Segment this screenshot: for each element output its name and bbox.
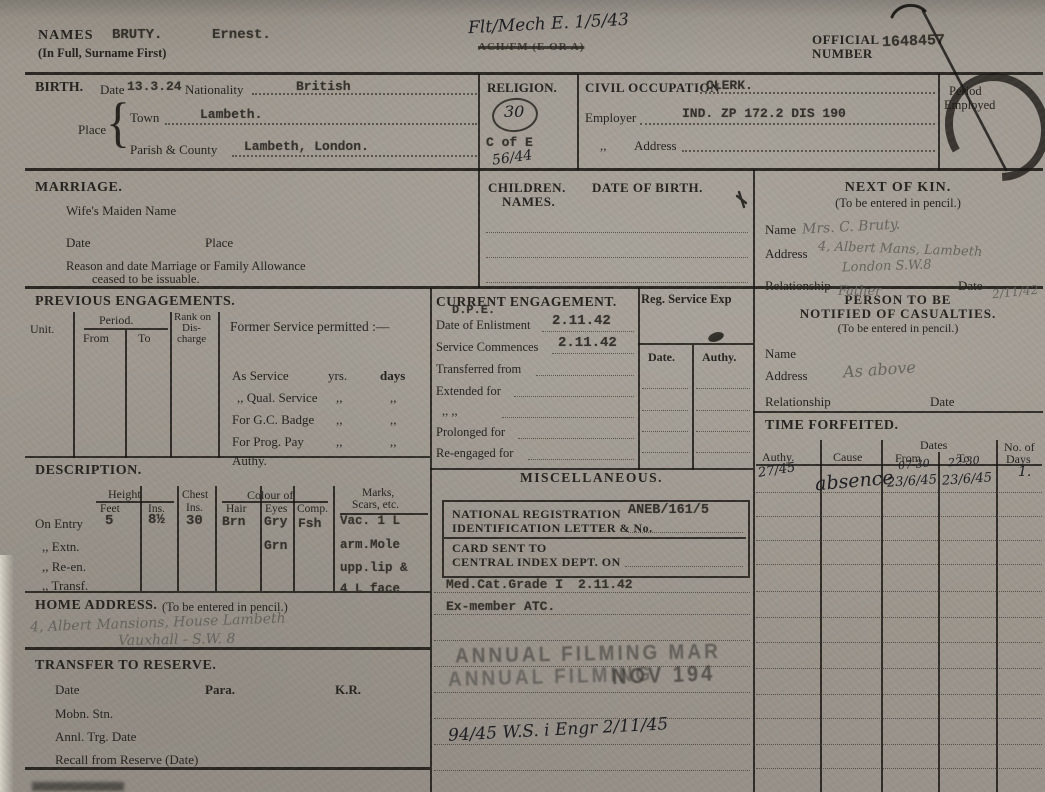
nok-address-label: Address (765, 246, 808, 262)
rule-h (84, 328, 168, 330)
rule-v (938, 452, 940, 792)
dotted-line (514, 396, 634, 397)
marriage-place-label: Place (205, 235, 233, 251)
prog-pay-label: For Prog. Pay (232, 434, 304, 450)
home-address-title: HOME ADDRESS. (35, 598, 157, 614)
nationality-label: Nationality (185, 82, 244, 98)
period-employed-label2: Employed (944, 98, 995, 113)
home-address-line2: Vauxhall - S.W. 8 (118, 631, 236, 649)
rule-h (25, 72, 1043, 75)
address-label: Address (634, 138, 677, 154)
tf-to-date: 23/6/45 (942, 470, 993, 488)
cas-address-label: Address (765, 368, 808, 384)
ditto-mark: ,, (600, 138, 607, 154)
gc-badge-label: For G.C. Badge (232, 412, 314, 428)
dotted-line (628, 532, 743, 533)
ex-member-value: Ex-member ATC. (446, 599, 555, 614)
dotted-line (756, 718, 1042, 719)
marriage-reason-label2: ceased to be issuable. (92, 272, 200, 287)
pen-squiggle (892, 5, 925, 17)
cas-address-value: As above (842, 357, 916, 381)
service-record-card: NAMES BRUTY. Ernest. (In Full, Surname F… (0, 0, 1045, 792)
med-cat-date: 2.11.42 (578, 577, 633, 592)
dotted-line (486, 232, 748, 233)
dotted-line (756, 540, 1042, 541)
period-col-label: Period. (99, 313, 133, 328)
marriage-title: MARRIAGE. (35, 180, 122, 196)
occupation-value: CLERK. (706, 78, 753, 93)
rule-h (753, 411, 1043, 413)
reg-service-label: Reg. Service Exp (641, 292, 732, 307)
date-of-birth-title: DATE OF BIRTH. (592, 180, 703, 196)
authy-col-label: Authy. (702, 350, 736, 365)
as-service-label: As Service (232, 368, 289, 384)
scan-edge (0, 555, 14, 792)
pencil-note: (To be entered in pencil.) (753, 321, 1043, 336)
religion-title: RELIGION. (487, 80, 557, 96)
row-transf: ,, Transf. (42, 578, 88, 594)
ditto-mark: ,, (390, 390, 397, 406)
dotted-line (640, 123, 935, 125)
birth-date-value: 13.3.24 (127, 79, 182, 94)
dotted-line (756, 768, 1042, 769)
rule-v (215, 486, 217, 591)
misc-title: MISCELLANEOUS. (430, 470, 753, 486)
desc-comp-value: Fsh (298, 516, 321, 531)
row-on-entry: On Entry (35, 516, 83, 532)
dotted-line (756, 516, 1042, 517)
rule-v (430, 288, 432, 792)
marriage-date-label: Date (66, 235, 91, 251)
dotted-line (756, 694, 1042, 695)
unit-col-label: Unit. (30, 322, 54, 337)
commences-value: 2.11.42 (558, 335, 617, 351)
dotted-line (434, 614, 750, 615)
transfer-kr-label: K.R. (335, 682, 361, 698)
commences-label: Service Commences (436, 340, 538, 355)
dotted-line (252, 93, 477, 95)
tf-from-date: 23/6/45 (887, 472, 938, 490)
dotted-line (756, 744, 1042, 745)
description-title: DESCRIPTION. (35, 463, 142, 479)
cas-name-label: Name (765, 346, 796, 362)
dotted-line (642, 410, 688, 411)
rule-h (25, 456, 430, 458)
rule-h (25, 647, 430, 650)
ditto-mark: ,, (336, 412, 343, 428)
desc-chest-value: 30 (186, 513, 203, 529)
forename-value: Ernest. (212, 27, 271, 43)
religion-code: 30 (504, 102, 524, 121)
dotted-line (696, 410, 750, 411)
extended-label: Extended for (436, 384, 501, 399)
mobn-stn-label: Mobn. Stn. (55, 706, 113, 722)
birth-title: BIRTH. (35, 80, 83, 96)
nat-reg-label: NATIONAL REGISTRATION (452, 507, 621, 522)
rule-h (638, 343, 753, 345)
nat-reg-label2: IDENTIFICATION LETTER & No. (452, 521, 653, 536)
rank-col-label3: charge (177, 333, 206, 345)
tf-to-time: 22-30 (947, 454, 980, 470)
employer-label: Employer (585, 110, 636, 126)
desc-ins-value: 8½ (148, 512, 165, 528)
parish-label: Parish & County (130, 142, 217, 158)
dates-col-label: Dates (920, 438, 947, 453)
nationality-value: British (296, 79, 351, 94)
children-names-title: NAMES. (502, 194, 555, 210)
struck-trade: ACH/FM (E OR A) (478, 41, 584, 53)
rule-v (177, 486, 179, 591)
dotted-line (682, 150, 935, 152)
rule-v (333, 486, 335, 591)
official-number-value: 1648457 (882, 32, 946, 51)
desc-marks-value4: 4 L face (340, 582, 400, 596)
nat-reg-value: ANEB/161/5 (628, 503, 709, 518)
dotted-line (165, 123, 477, 125)
names-label: NAMES (38, 28, 94, 44)
enlistment-value: 2.11.42 (552, 313, 611, 329)
tf-days-value: 1. (1018, 464, 1031, 480)
height-col-label: Height (108, 487, 141, 502)
nok-name-value: Mrs. C. Bruty. (802, 216, 901, 237)
town-value: Lambeth. (200, 107, 262, 122)
dotted-line (756, 564, 1042, 565)
nok-address-value: 4, Albert Mans, Lambeth (818, 239, 983, 260)
next-of-kin-title: NEXT OF KIN. (753, 180, 1043, 196)
rule-v (170, 312, 172, 458)
dotted-line (642, 452, 688, 453)
marks-col-label2: Scars, etc. (352, 499, 399, 511)
ditto-row: ,, ,, (442, 404, 458, 419)
enlistment-label: Date of Enlistment (436, 318, 530, 333)
ink-blot (707, 330, 725, 344)
dotted-line (542, 331, 634, 332)
desc-marks-value: Vac. 1 L (340, 514, 400, 528)
dotted-line (434, 692, 750, 693)
time-forfeited-title: TIME FORFEITED. (765, 418, 899, 434)
rule-v (692, 345, 694, 470)
row-extn: ,, Extn. (42, 539, 80, 555)
dotted-line (552, 353, 634, 354)
marks-col-label: Marks, (362, 487, 394, 499)
from-col-label: From (83, 331, 109, 346)
period-employed-label: Period (949, 84, 982, 99)
reengaged-label: Re-engaged for (436, 446, 513, 461)
dotted-line (642, 388, 688, 389)
cutoff-text-smudge (32, 782, 124, 791)
dotted-line (756, 668, 1042, 669)
town-label: Town (130, 110, 159, 126)
dotted-line (536, 375, 634, 376)
rule-v (73, 312, 75, 458)
dotted-line (518, 438, 634, 439)
desc-eyes-value: Gry (264, 514, 287, 529)
rule-v (638, 288, 640, 470)
ditto-mark: ,, (336, 434, 343, 450)
official-number-label2: NUMBER (812, 46, 873, 62)
prev-eng-title: PREVIOUS ENGAGEMENTS. (35, 294, 235, 310)
transferred-label: Transferred from (436, 362, 521, 377)
dotted-line (756, 642, 1042, 643)
dotted-line (756, 591, 1042, 592)
place-label: Place (78, 122, 106, 138)
handwritten-trade: Flt/Mech E. 1/5/43 (468, 10, 630, 38)
rule-v (218, 312, 220, 458)
casualties-title2: NOTIFIED OF CASUALTIES. (753, 306, 1043, 322)
med-cat-value: Med.Cat.Grade I (446, 577, 563, 592)
authy-label: Authy. (232, 453, 267, 469)
nok-name-label: Name (765, 222, 796, 238)
rule-v (125, 330, 127, 458)
qual-service-label: ,, Qual. Service (237, 390, 318, 406)
surname-value: BRUTY. (112, 27, 162, 43)
annual-filming-stamp-date: NOV 194 (612, 662, 716, 691)
transfer-para-label: Para. (205, 682, 235, 698)
place-brace: { (106, 90, 130, 154)
chest-col-label: Chest (182, 489, 208, 501)
recall-label: Recall from Reserve (Date) (55, 752, 198, 768)
dotted-line (528, 459, 634, 460)
dotted-line (642, 431, 688, 432)
transfer-title: TRANSFER TO RESERVE. (35, 658, 216, 674)
tf-cause-col: Cause (833, 450, 862, 465)
former-service-label: Former Service permitted :— (230, 319, 389, 335)
in-full-note: (In Full, Surname First) (38, 46, 166, 61)
rule-v (938, 74, 940, 170)
dotted-line (434, 592, 750, 593)
dotted-line (434, 744, 750, 745)
desc-marks-value2: arm.Mole (340, 538, 400, 552)
dotted-line (502, 417, 634, 418)
desc-hair-value: Brn (222, 514, 245, 529)
rule-v (478, 74, 480, 288)
parish-value: Lambeth, London. (244, 139, 369, 154)
religion-note: 56/44 (491, 147, 533, 168)
dotted-line (486, 282, 748, 283)
yrs-label: yrs. (328, 368, 347, 384)
comp-col-label: Comp. (297, 503, 328, 515)
ditto-mark: ,, (390, 434, 397, 450)
rule-v (577, 74, 579, 170)
nok-address-value2: London S.W.8 (842, 257, 932, 275)
dotted-line (625, 566, 743, 567)
dotted-line (696, 452, 750, 453)
days-label: days (380, 368, 405, 384)
ditto-mark: ,, (390, 412, 397, 428)
dotted-line (696, 431, 750, 432)
annl-trg-label: Annl. Trg. Date (55, 729, 136, 745)
dotted-line (434, 770, 750, 771)
wife-maiden-name-label: Wife's Maiden Name (66, 203, 176, 219)
desc-eyes-value2: Grn (264, 538, 287, 553)
cas-date-label: Date (930, 394, 955, 410)
dotted-line (756, 617, 1042, 618)
card-sent-label: CARD SENT TO (452, 541, 547, 556)
ink-circle-stamp (931, 59, 1045, 194)
to-col-label: To (138, 331, 151, 346)
rule-h (444, 537, 746, 539)
dotted-line (232, 155, 477, 157)
employer-value: IND. ZP 172.2 DIS 190 (682, 106, 846, 121)
card-sent-label2: CENTRAL INDEX DEPT. ON (452, 555, 621, 570)
ditto-mark: ,, (336, 390, 343, 406)
desc-feet-value: 5 (105, 513, 113, 529)
prolonged-label: Prolonged for (436, 425, 505, 440)
row-reen: ,, Re-en. (42, 559, 86, 575)
dotted-line (756, 492, 1042, 493)
date-col-label: Date. (648, 350, 675, 365)
cas-relationship-label: Relationship (765, 394, 831, 410)
ink-mark (737, 192, 746, 207)
dotted-line (486, 257, 748, 258)
dotted-line (696, 388, 750, 389)
rule-v (753, 170, 755, 792)
dpe-value: D.P.E. (452, 303, 495, 317)
desc-marks-value3: upp.lip & (340, 561, 408, 575)
pencil-note: (To be entered in pencil.) (753, 196, 1043, 211)
rule-h (25, 168, 1043, 171)
transfer-date-label: Date (55, 682, 80, 698)
tf-from-time: 07-30 (897, 457, 930, 473)
